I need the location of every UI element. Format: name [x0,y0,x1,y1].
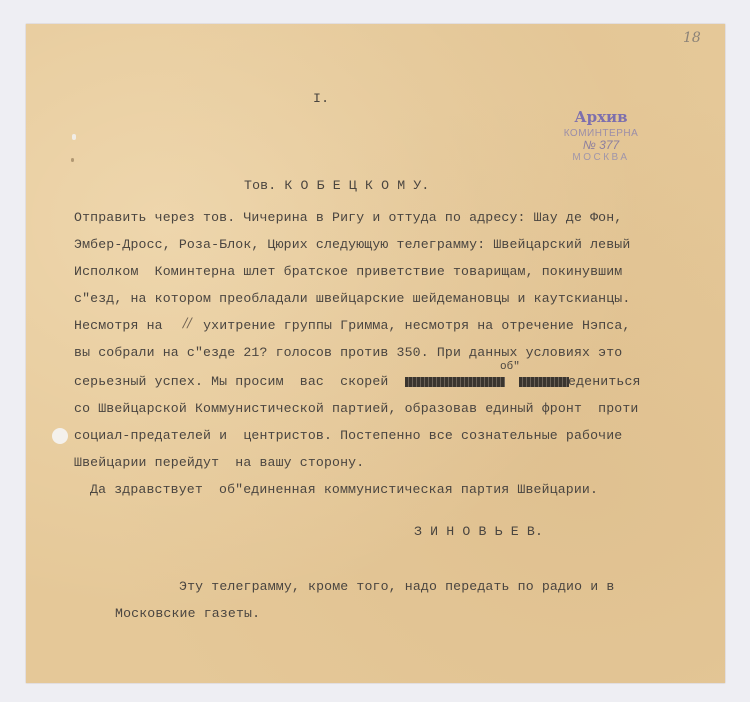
body-line: Швейцарии перейдут на вашу сторону. [74,456,364,469]
addressee: Тов. К О Б Е Ц К О М У. [244,179,429,192]
body-line: социал-предателей и центристов. Постепен… [74,429,622,442]
section-number: I. [313,92,329,105]
stamp-line-1: Архив [556,108,646,126]
body-line: ухитрение группы Гримма, несмотря на отр… [195,319,630,332]
paper-damage [72,134,76,140]
body-line: Отправить через тов. Чичерина в Ригу и о… [74,211,622,224]
body-line: Эмбер-Дросс, Роза-Блок, Цюрих следующую … [74,238,630,251]
struck-out-text [519,377,569,387]
folio-number: 18 [683,30,701,46]
postscript-line: Московские газеты. [115,607,260,620]
stamp-line-4: МОСКВА [556,152,646,163]
struck-out-text [405,377,505,387]
body-line: серьезный успех. Мы просим вас скорей [74,375,389,388]
punch-hole [52,428,68,444]
stamp-number: № 377 [556,138,646,152]
handwritten-mark: // [183,316,192,331]
handwritten-insertion: об" [500,361,520,373]
body-line: Несмотря на [74,319,163,332]
body-line: вы собрали на с"езде 21? голосов против … [74,346,622,359]
signature: З И Н О В Ь Е В. [414,525,543,538]
paper-damage [71,158,74,162]
body-line: присоединитьсяедениться [568,375,641,388]
body-line: с"езд, на котором преобладали швейцарски… [74,292,630,305]
body-line: со Швейцарской Коммунистической партией,… [74,402,638,415]
postscript-line: Эту телеграмму, кроме того, надо передат… [179,580,614,593]
body-line: Да здравствует об"единенная коммунистиче… [90,483,598,496]
body-line: Исполком Коминтерна шлет братское привет… [74,265,622,278]
archive-stamp: Архив КОМИНТЕРНА № 377 МОСКВА [556,108,646,163]
